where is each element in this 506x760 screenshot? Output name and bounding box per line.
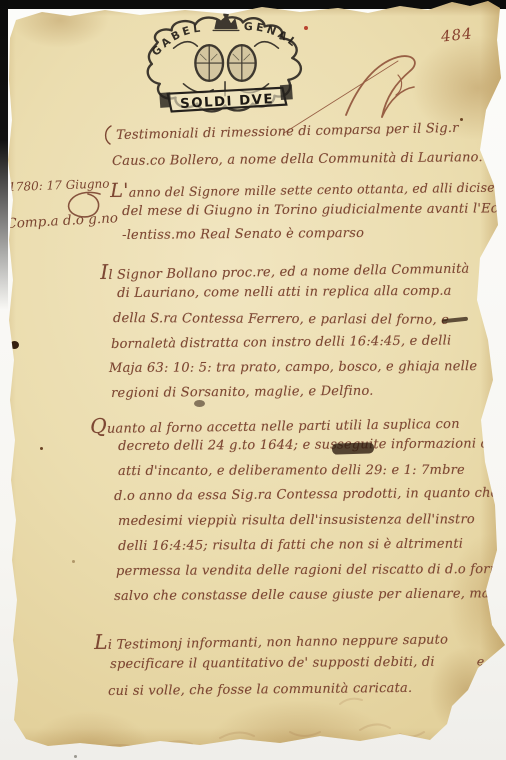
manuscript-line: Maja 63: 10: 5: tra prato, campo, bosco,… bbox=[109, 359, 477, 376]
manuscript-line: -lentiss.mo Real Senato è comparso bbox=[122, 226, 364, 243]
manuscript-line: decreto delli 24 g.to 1644; e susseguite… bbox=[118, 436, 506, 454]
manuscript-line: salvo che constasse delle cause giuste p… bbox=[114, 586, 490, 604]
ink-smudge bbox=[194, 400, 205, 407]
manuscript-line: medesimi vieppiù risulta dell'insusisten… bbox=[118, 512, 475, 529]
manuscript-line: Li Testimonj informanti, non hanno neppu… bbox=[94, 624, 448, 654]
catchword: e bbox=[476, 654, 485, 669]
folio-number: 484 bbox=[440, 24, 473, 45]
manuscript-paper: SOLDI DVE GABEL GENAL 484 Testimoniali d… bbox=[0, 0, 506, 760]
ink-showthrough bbox=[40, 690, 460, 756]
manuscript-line: del mese di Giugno in Torino giudicialme… bbox=[122, 201, 506, 219]
background-black-strip-top bbox=[0, 0, 506, 9]
speck bbox=[40, 447, 43, 450]
manuscript-line: Quanto al forno accetta nelle parti util… bbox=[90, 409, 460, 438]
ink-hole-stain bbox=[10, 341, 19, 349]
background-black-strip-left bbox=[0, 0, 8, 310]
manuscript-line: specificare il quantitativo de' supposti… bbox=[110, 655, 435, 672]
manuscript-line: delli 16:4:45; risulta di fatti che non … bbox=[118, 537, 463, 554]
background-speck bbox=[74, 755, 77, 758]
svg-text:GABEL: GABEL bbox=[149, 21, 204, 58]
manuscript-line: della S.ra Contessa Ferrero, e parlasi d… bbox=[113, 311, 449, 328]
stamp-mantling bbox=[174, 42, 279, 96]
manuscript-photo: SOLDI DVE GABEL GENAL 484 Testimoniali d… bbox=[0, 0, 506, 760]
ink-hole-stain bbox=[9, 340, 20, 349]
manuscript-line: Il Signor Bollano proc.re, ed a nome del… bbox=[100, 254, 470, 284]
manuscript-line: bornaletà distratta con instro delli 16:… bbox=[111, 333, 451, 352]
stamp-banner: SOLDI DVE bbox=[159, 84, 293, 112]
paragraph-mark bbox=[101, 124, 115, 146]
manuscript-line: di Lauriano, come nelli atti in replica … bbox=[117, 284, 452, 301]
manuscript-line: d.o anno da essa Sig.ra Contessa prodott… bbox=[114, 485, 506, 504]
manuscript-line: Testimoniali di rimessione di comparsa p… bbox=[116, 121, 459, 143]
manuscript-line: atti d'incanto, e deliberamento delli 29… bbox=[118, 463, 465, 479]
manuscript-line: Caus.co Bollero, a nome della Communità … bbox=[112, 150, 483, 169]
manuscript-line: L'anno del Signore mille sette cento ott… bbox=[110, 173, 506, 202]
speck bbox=[460, 118, 463, 121]
stamp-arc-left-text: GABEL bbox=[149, 21, 204, 58]
speck bbox=[72, 560, 75, 563]
manuscript-line: regioni di Sorsanito, maglie, e Delfino. bbox=[111, 384, 374, 401]
manuscript-line: permessa la vendita delle ragioni del ri… bbox=[116, 562, 506, 579]
